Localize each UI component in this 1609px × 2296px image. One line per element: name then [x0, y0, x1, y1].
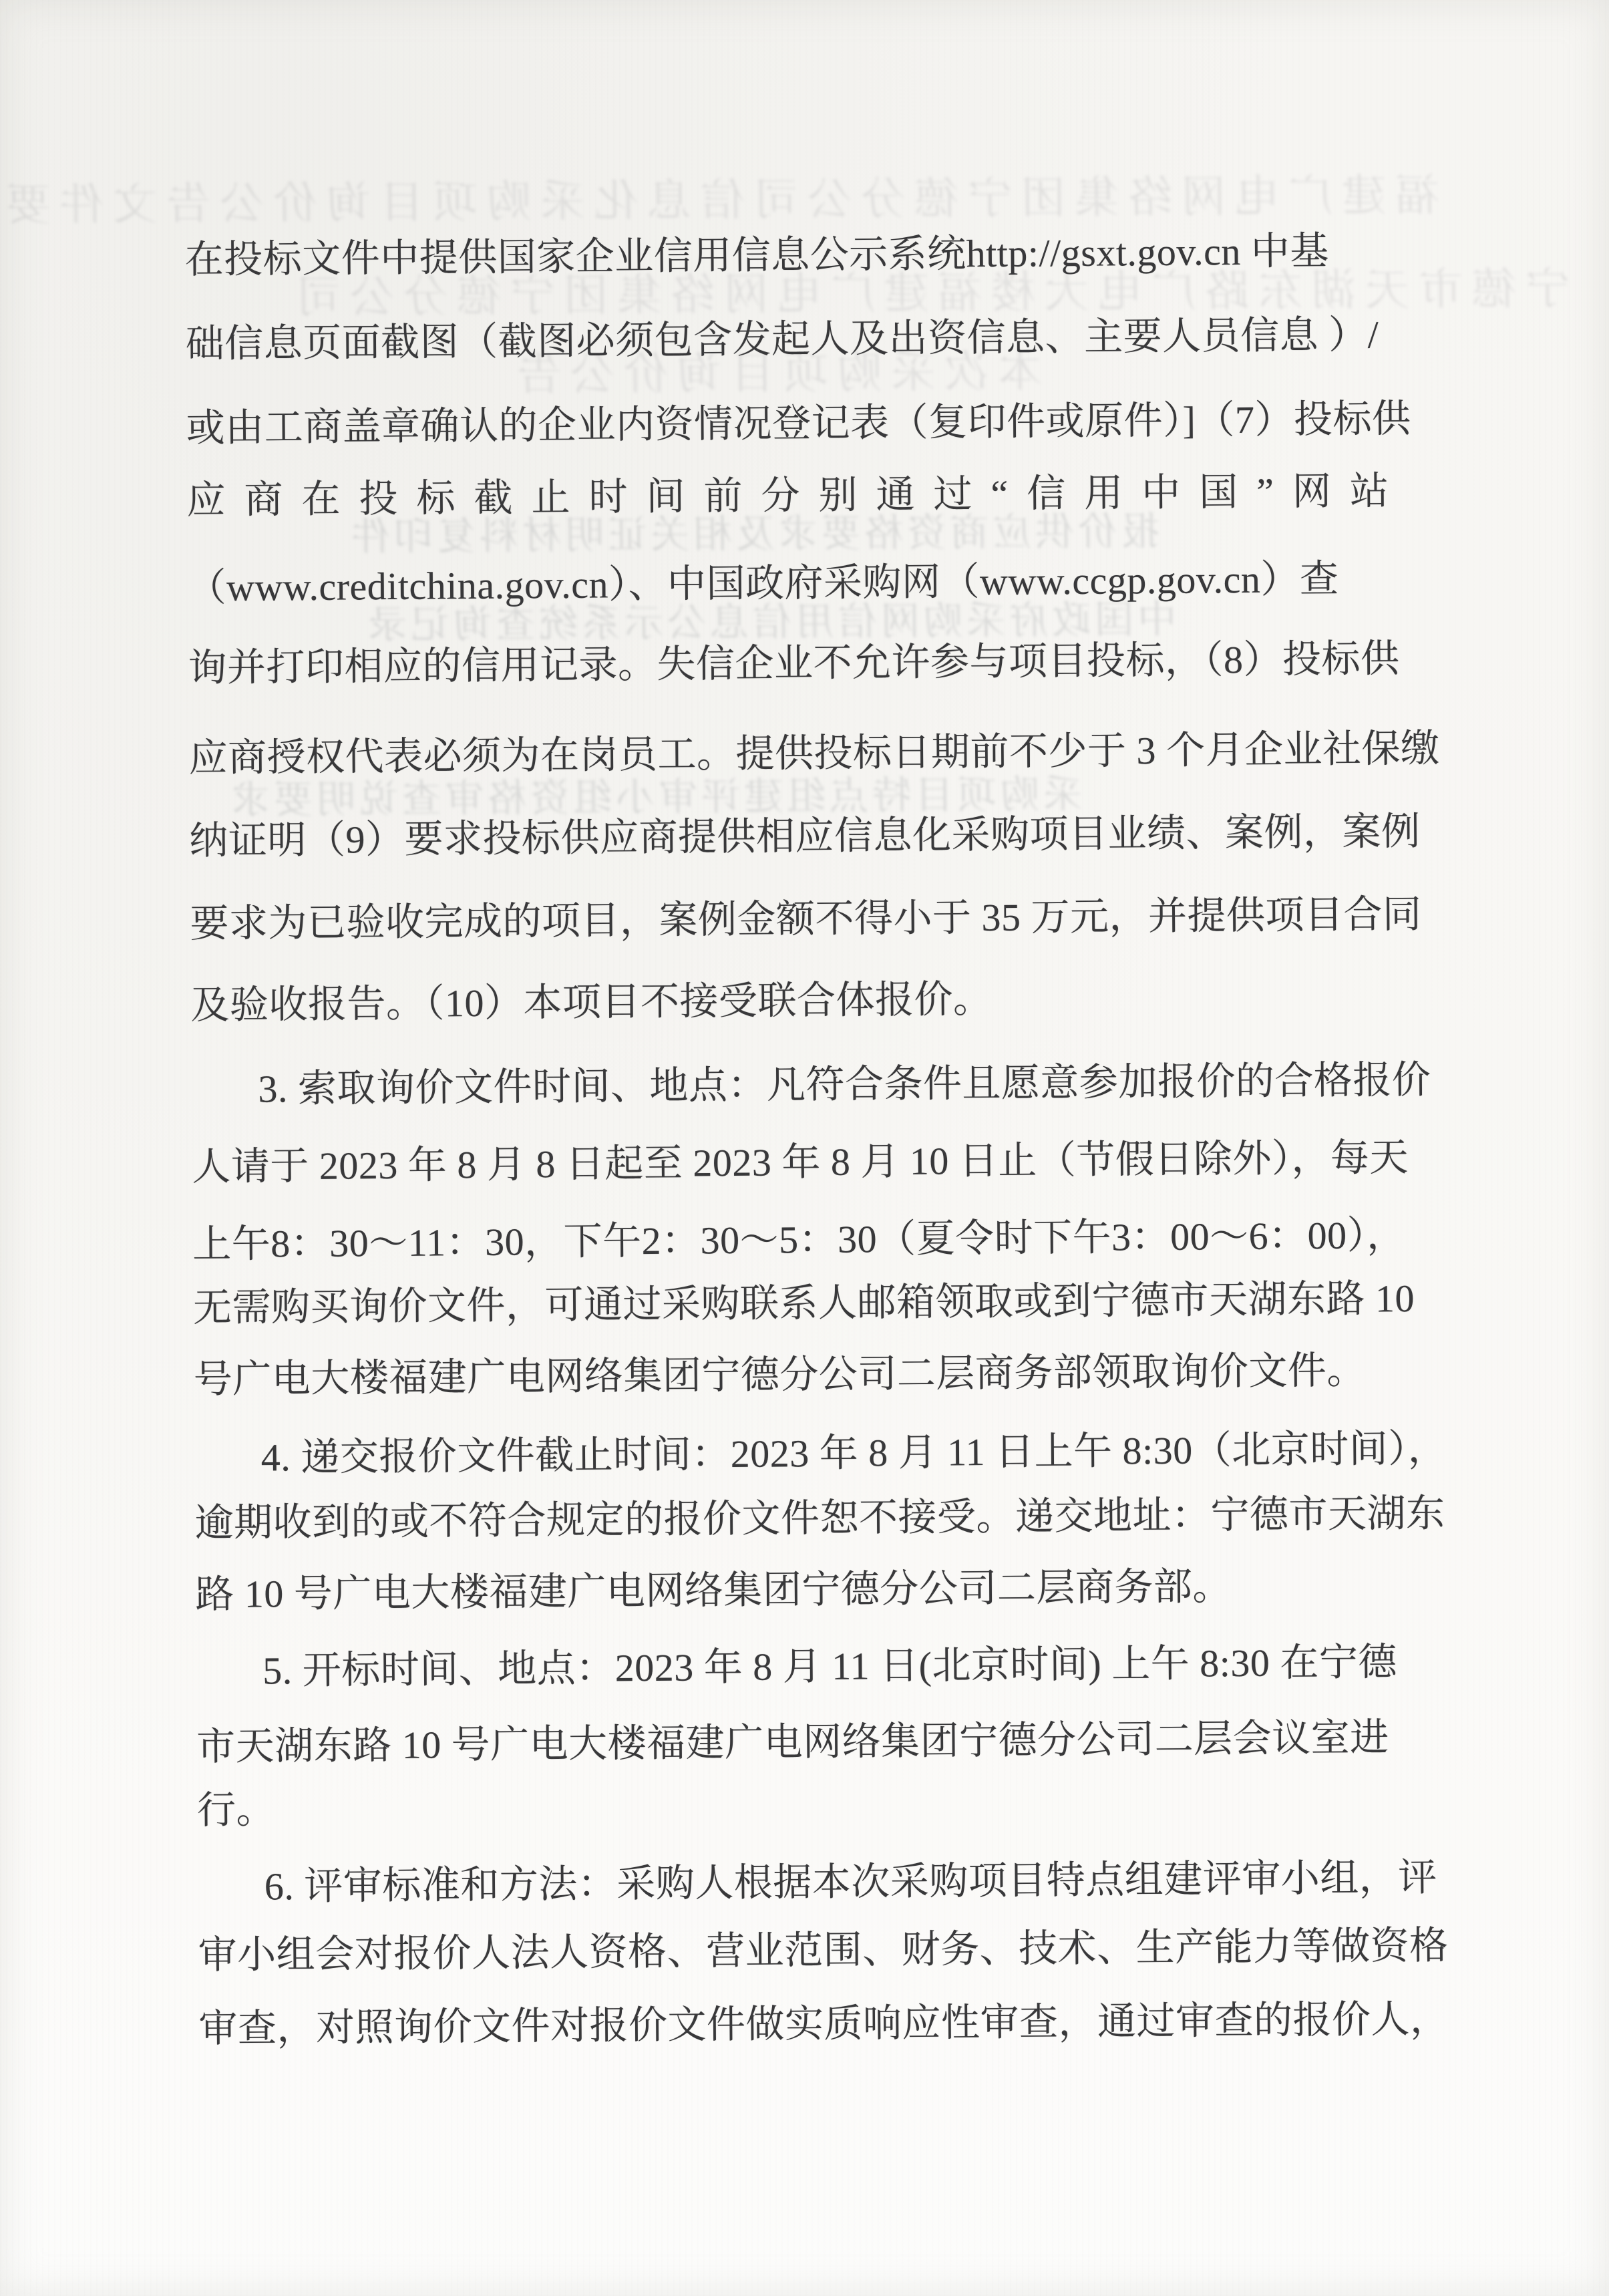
text-line-20: 市天湖东路 10 号广电大楼福建广电网络集团宁德分公司二层会议室进 — [196, 1713, 1449, 1772]
text-line-9: 要求为已验收完成的项目，案例金额不得小于 35 万元，并提供项目合同 — [190, 890, 1443, 949]
text-line-24: 审查，对照询价文件对报价文件做实质响应性审查，通过审查的报价人， — [198, 1995, 1451, 2054]
text-line-21: 行。 — [197, 1777, 1450, 1835]
text-line-6: 询并打印相应的信用记录。失信企业不允许参与项目投标，（8）投标供 — [188, 635, 1441, 693]
text-line-2: 础信息页面截图（截图必须包含发起人及出资信息、主要人员信息 ）/ — [185, 311, 1438, 369]
text-line-22: 6. 评审标准和方法：采购人根据本次采购项目特点组建评审小组，评 — [198, 1853, 1517, 1912]
text-line-16: 4. 递交报价文件截止时间：2023 年 8 月 11 日上午 8:30（北京时… — [194, 1424, 1513, 1483]
document-text: 在投标文件中提供国家企业信用信息公示系统http://gsxt.gov.cn 中… — [183, 0, 1453, 2296]
text-line-23: 审小组会对报价人法人资格、营业范围、财务、技术、生产能力等做资格 — [198, 1922, 1451, 1980]
text-line-1: 在投标文件中提供国家企业信用信息公示系统http://gsxt.gov.cn 中… — [184, 226, 1437, 285]
text-line-10: 及验收报告。（10）本项目不接受联合体报价。 — [190, 972, 1443, 1030]
text-line-11: 3. 索取询价文件时间、地点：凡符合条件且愿意参加报价的合格报价 — [191, 1055, 1511, 1114]
text-line-3: 或由工商盖章确认的企业内资情况登记表（复印件或原件）]（7）投标供 — [186, 395, 1439, 453]
text-line-8: 纳证明（9）要求投标供应商提供相应信息化采购项目业绩、案例，案例 — [189, 808, 1442, 866]
text-line-5: （www.creditchina.gov.cn）、中国政府采购网（www.ccg… — [187, 554, 1440, 613]
text-line-15: 号广电大楼福建广电网络集团宁德分公司二层商务部领取询价文件。 — [194, 1346, 1447, 1404]
text-line-7: 应商授权代表必须为在岗员工。提供投标日期前不少于 3 个月企业社保缴 — [188, 725, 1441, 783]
text-line-12: 人请于 2023 年 8 月 8 日起至 2023 年 8 月 10 日止（节假… — [192, 1134, 1445, 1192]
text-line-19: 5. 开标时间、地点：2023 年 8 月 11 日(北京时间) 上午 8:30… — [196, 1637, 1515, 1696]
text-line-17: 逾期收到的或不符合规定的报价文件恕不接受。递交地址：宁德市天湖东 — [194, 1490, 1447, 1548]
text-line-4: 应商在投标截止时间前分别通过“信用中国”网站 — [186, 467, 1439, 525]
text-line-18: 路 10 号广电大楼福建广电网络集团宁德分公司二层商务部。 — [195, 1561, 1448, 1619]
text-line-13: 上午8：30～11：30，下午2：30～5：30（夏令时下午3：00～6：00）… — [192, 1211, 1445, 1269]
scanned-page: 福建广电网络集团宁德分公司信息化采购项目询价公告文件要求说明 宁德市天湖东路广电… — [0, 0, 1609, 2296]
text-line-14: 无需购买询价文件，可通过采购联系人邮箱领取或到宁德市天湖东路 10 — [193, 1275, 1446, 1333]
